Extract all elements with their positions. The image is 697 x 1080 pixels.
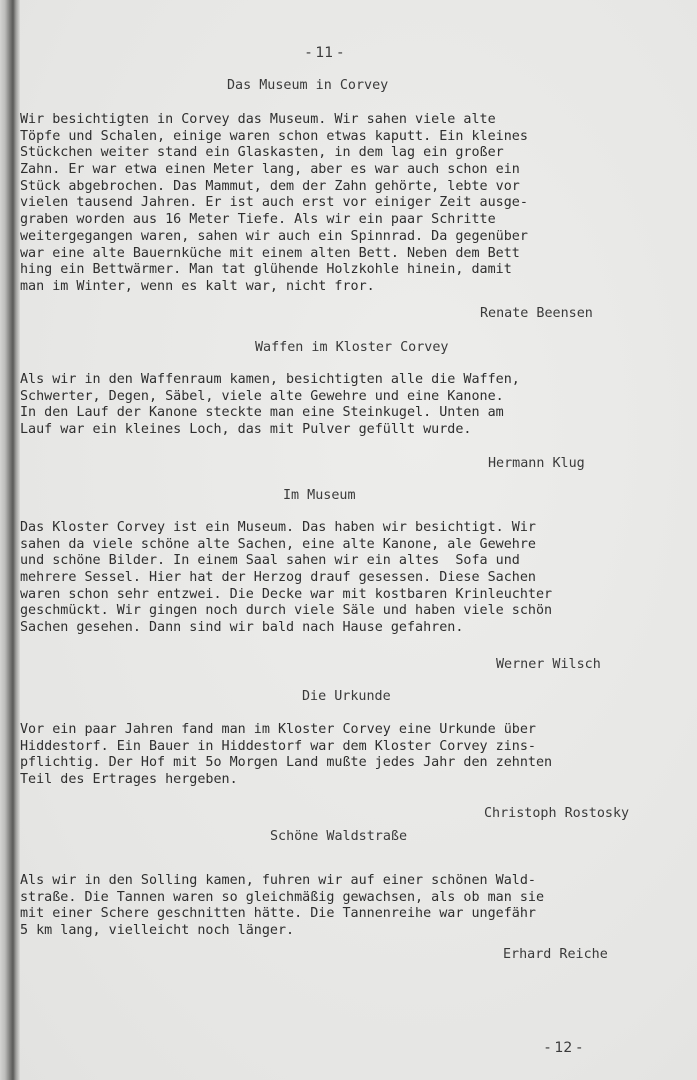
author-name: Christoph Rostosky <box>484 806 629 821</box>
author-name: Renate Beensen <box>480 306 593 321</box>
text-line: 5 km lang, vielleicht noch länger. <box>20 923 544 940</box>
text-line: man im Winter, wenn es kalt war, nicht f… <box>20 279 528 296</box>
page-content: - 11 - Das Museum in Corvey Wir besichti… <box>0 0 697 1080</box>
section-body: Als wir in den Solling kamen, fuhren wir… <box>20 873 544 940</box>
text-line: mehrere Sessel. Hier hat der Herzog drau… <box>20 570 552 587</box>
text-line: weitergegangen waren, sahen wir auch ein… <box>20 229 528 246</box>
section-title: Die Urkunde <box>302 689 391 704</box>
text-line: Hiddestorf. Ein Bauer in Hiddestorf war … <box>20 739 552 756</box>
text-line: und schöne Bilder. In einem Saal sahen w… <box>20 553 552 570</box>
section-body: Wir besichtigten in Corvey das Museum. W… <box>20 112 528 296</box>
text-line: waren schon sehr entzwei. Die Decke war … <box>20 587 552 604</box>
section-title: Schöne Waldstraße <box>270 829 407 844</box>
text-line: Schwerter, Degen, Säbel, viele alte Gewe… <box>20 389 520 406</box>
author-name: Hermann Klug <box>488 456 585 471</box>
text-line: geschmückt. Wir gingen noch durch viele … <box>20 603 552 620</box>
text-line: Als wir in den Solling kamen, fuhren wir… <box>20 873 544 890</box>
text-line: Stück abgebrochen. Das Mammut, dem der Z… <box>20 179 528 196</box>
section-body: Als wir in den Waffenraum kamen, besicht… <box>20 372 520 439</box>
text-line: Vor ein paar Jahren fand man im Kloster … <box>20 722 552 739</box>
text-line: Zahn. Er war etwa einen Meter lang, aber… <box>20 162 528 179</box>
section-body: Das Kloster Corvey ist ein Museum. Das h… <box>20 520 552 637</box>
text-line: war eine alte Bauernküche mit einem alte… <box>20 246 528 263</box>
text-line: Sachen gesehen. Dann sind wir bald nach … <box>20 620 552 637</box>
text-line: In den Lauf der Kanone steckte man eine … <box>20 405 520 422</box>
text-line: Lauf war ein kleines Loch, das mit Pulve… <box>20 422 520 439</box>
text-line: sahen da viele schöne alte Sachen, eine … <box>20 537 552 554</box>
author-name: Werner Wilsch <box>496 657 601 672</box>
scanned-page: - 11 - Das Museum in Corvey Wir besichti… <box>0 0 697 1080</box>
author-name: Erhard Reiche <box>503 947 608 962</box>
text-line: Als wir in den Waffenraum kamen, besicht… <box>20 372 520 389</box>
text-line: Wir besichtigten in Corvey das Museum. W… <box>20 112 528 129</box>
section-title: Das Museum in Corvey <box>227 78 388 93</box>
text-line: mit einer Schere geschnitten hätte. Die … <box>20 906 544 923</box>
text-line: hing ein Bettwärmer. Man tat glühende Ho… <box>20 262 528 279</box>
text-line: pflichtig. Der Hof mit 5o Morgen Land mu… <box>20 755 552 772</box>
section-title: Waffen im Kloster Corvey <box>255 340 448 355</box>
text-line: straße. Die Tannen waren so gleichmäßig … <box>20 890 544 907</box>
text-line: Das Kloster Corvey ist ein Museum. Das h… <box>20 520 552 537</box>
page-number-top: - 11 - <box>306 45 343 61</box>
text-line: graben worden aus 16 Meter Tiefe. Als wi… <box>20 212 528 229</box>
page-number-bottom: - 12 - <box>545 1040 582 1056</box>
section-title: Im Museum <box>283 488 356 503</box>
text-line: vielen tausend Jahren. Er ist auch erst … <box>20 195 528 212</box>
text-line: Töpfe und Schalen, einige waren schon et… <box>20 129 528 146</box>
section-body: Vor ein paar Jahren fand man im Kloster … <box>20 722 552 789</box>
text-line: Teil des Ertrages hergeben. <box>20 772 552 789</box>
text-line: Stückchen weiter stand ein Glaskasten, i… <box>20 145 528 162</box>
